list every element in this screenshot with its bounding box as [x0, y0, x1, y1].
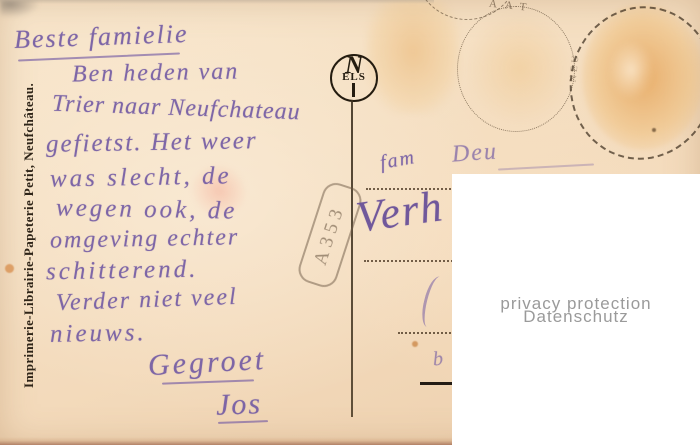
foxing-spot	[5, 264, 14, 273]
corner-smudge	[0, 0, 40, 18]
handwriting-closing: Gegroet	[147, 343, 267, 383]
nels-publisher-logo: N ELS	[330, 54, 378, 102]
postmark-circle-right	[554, 0, 700, 175]
stamp-residue-stain-right	[582, 4, 700, 150]
signature-underline	[218, 420, 268, 424]
foxing-spot	[412, 341, 418, 347]
postmark-circle-left	[457, 6, 575, 132]
stamp-residue-stain-left	[366, 0, 460, 114]
publisher-imprint: Imprimerie-Librairie-Papeterie Petit, Ne…	[21, 88, 42, 388]
handwriting-line: Verder niet veel	[56, 284, 239, 317]
handwriting-line: wegen ook, de	[56, 194, 238, 225]
logo-tail-stroke	[352, 83, 355, 97]
handwriting-address-fam: fam	[378, 146, 417, 175]
handwriting-line: schitterend.	[46, 256, 199, 287]
address-rule-solid	[420, 382, 456, 385]
postcard-scan: Imprimerie-Librairie-Papeterie Petit, Ne…	[0, 0, 700, 445]
handwriting-line: nieuws.	[50, 319, 147, 349]
logo-letters-els: ELS	[332, 71, 376, 83]
handwriting-line: Trier naar Neufchateau	[52, 91, 301, 127]
postmark-side-letters: NEU	[568, 52, 582, 83]
foxing-spot	[652, 128, 656, 132]
handwriting-address-partial: Deu	[451, 138, 499, 168]
handwriting-flourish	[498, 163, 594, 170]
address-rule-dotted	[364, 260, 456, 262]
stamp-residue-stain-middle	[468, 12, 572, 124]
privacy-overlay: privacy protection Datenschutz	[452, 174, 700, 445]
handwriting-line: was slecht, de	[50, 162, 232, 193]
address-rule-dotted	[398, 332, 454, 334]
handwriting-stray-mark: b	[432, 348, 444, 372]
postmark-town-letters: AAT	[488, 0, 534, 14]
handwriting-line: gefietst. Het weer	[46, 127, 258, 159]
handwriting-greeting: Beste famielie	[14, 19, 190, 55]
handwriting-signature: Jos	[215, 387, 262, 423]
privacy-overlay-text-de: Datenschutz	[523, 310, 629, 323]
center-divider-line	[351, 100, 353, 417]
address-rule-dotted	[366, 188, 454, 190]
handwriting-line: Ben heden van	[72, 59, 240, 89]
handwriting-flourish	[418, 274, 449, 329]
scan-top-edge	[0, 0, 434, 4]
stain-highlight	[608, 40, 654, 100]
handwriting-line: omgeving echter	[50, 224, 240, 254]
